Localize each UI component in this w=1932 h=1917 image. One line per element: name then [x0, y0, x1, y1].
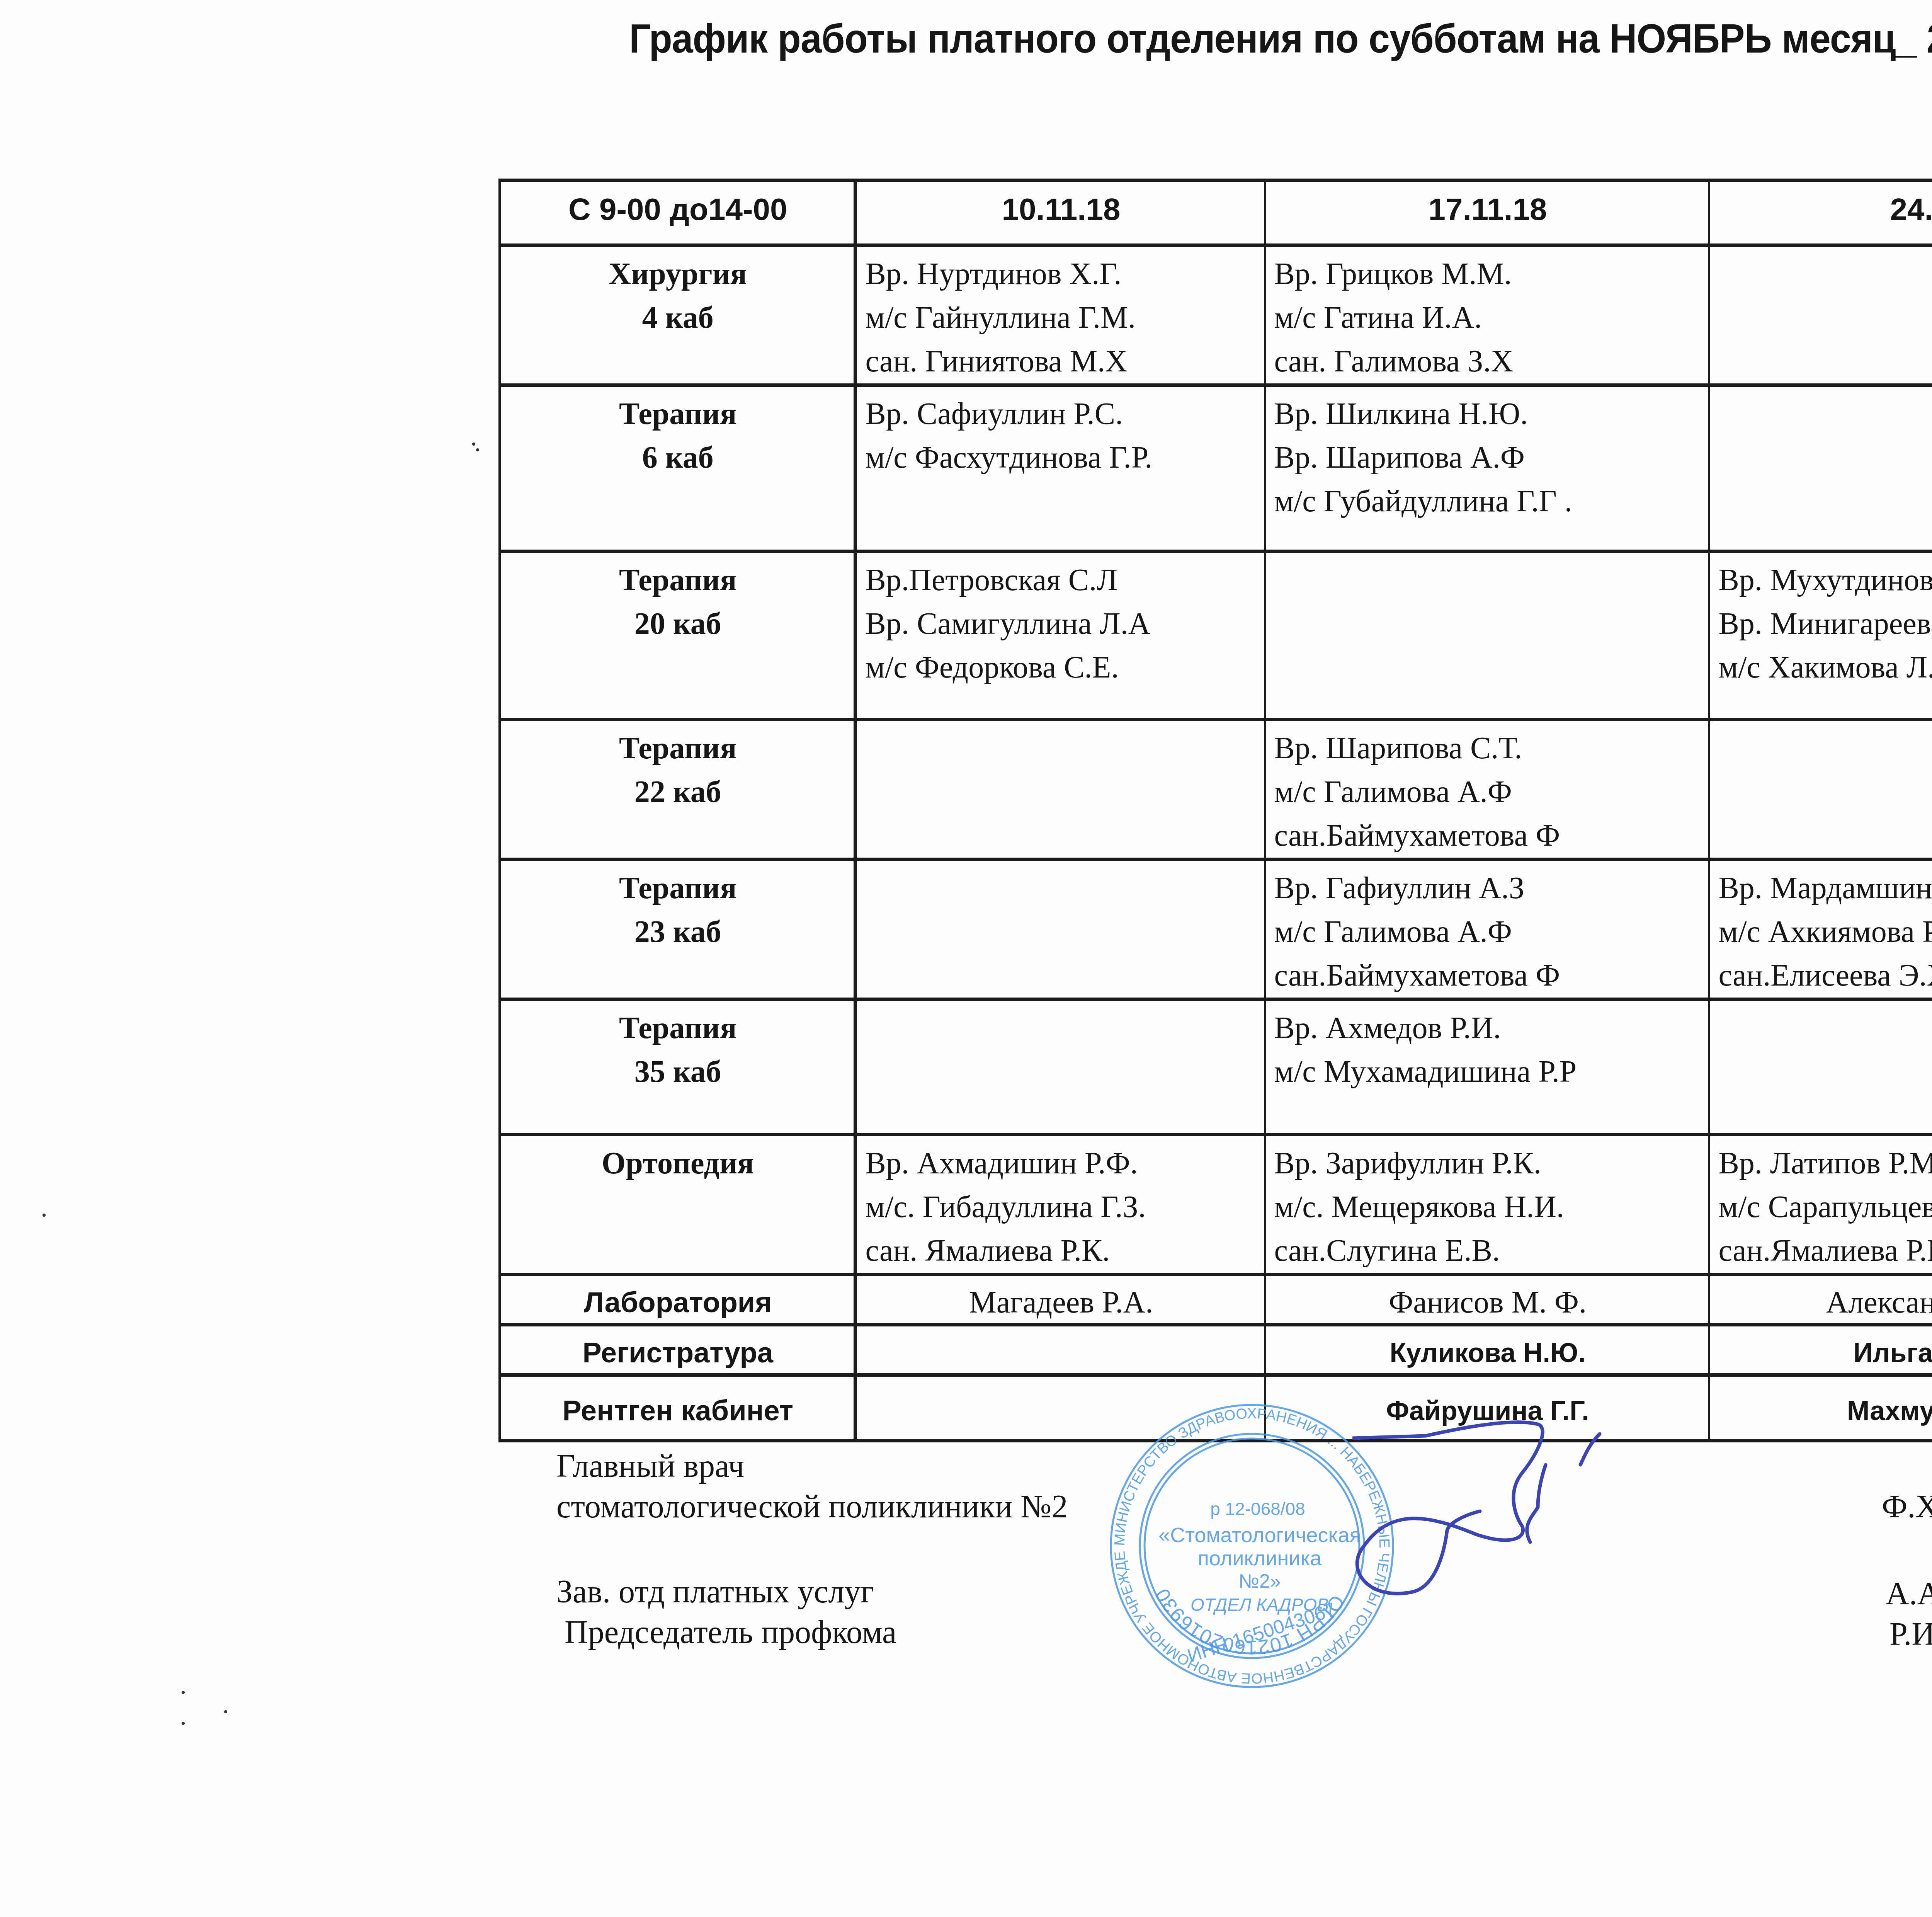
paid-head-title: Зав. отд платных услуг	[556, 1573, 874, 1611]
chief-name: Ф.Х. Султанов	[1882, 1488, 1932, 1525]
department-cell: Терапия23 каб	[500, 860, 855, 999]
staff-cell: Вр. Зарифуллин Р.К.м/с. Мещерякова Н.И.с…	[1265, 1135, 1709, 1275]
staff-entry: Вр. Нуртдинов Х.Г.	[866, 252, 1257, 296]
union-name: Р.И. Сабуров	[1889, 1616, 1932, 1653]
staff-cell: Александров С.Ю.	[1709, 1275, 1932, 1325]
staff-cell: Вр. Сафиуллин Р.С.м/с Фасхутдинова Г.Р.	[855, 385, 1265, 552]
stamp-center-2: поликлиника	[1198, 1547, 1322, 1570]
staff-entry: сан.Ямалиева Р.К..	[1719, 1229, 1932, 1273]
staff-entry: м/с Галимова А.Ф	[1274, 910, 1701, 954]
schedule-table: С 9-00 до14-0010.11.1817.11.1824.11.18Хи…	[498, 179, 1932, 1442]
staff-entry: Вр. Мухутдинова З.Р.	[1719, 558, 1932, 602]
staff-cell	[855, 720, 1265, 860]
staff-entry: м/с. Гибадуллина Г.З.	[866, 1185, 1257, 1229]
staff-entry: м/с Галимова А.Ф	[1274, 770, 1701, 814]
hours-header: С 9-00 до14-00	[500, 180, 855, 245]
schedule-row: ОртопедияВр. Ахмадишин Р.Ф.м/с. Гибадулл…	[500, 1135, 1932, 1275]
stamp-center-1: «Стоматологическая	[1158, 1524, 1361, 1547]
date-header: 10.11.18	[855, 180, 1265, 245]
staff-cell	[855, 860, 1265, 999]
scan-speck	[224, 1710, 227, 1713]
schedule-row: Хирургия4 кабВр. Нуртдинов Х.Г.м/с Гайну…	[500, 245, 1932, 385]
staff-entry: Вр. Минигареева Н.Ю.	[1719, 602, 1932, 646]
staff-entry: сан.Баймухаметова Ф	[1274, 954, 1701, 998]
staff-entry: м/с. Мещерякова Н.И.	[1274, 1185, 1701, 1229]
staff-entry: Вр. Грицков М.М.	[1274, 252, 1701, 296]
department-label: Терапия	[509, 867, 847, 910]
staff-entry: м/с Гатина И.А.	[1274, 296, 1701, 340]
department-cell: Терапия20 каб	[500, 552, 855, 720]
stamp-center-3: №2»	[1238, 1570, 1281, 1592]
staff-cell: Вр. Шилкина Н.Ю.Вр. Шарипова А.Фм/с Губа…	[1265, 385, 1709, 552]
schedule-row: Терапия20 кабВр.Петровская С.ЛВр. Самигу…	[500, 552, 1932, 720]
department-label: Ортопедия	[509, 1142, 847, 1185]
department-label: Терапия	[509, 558, 847, 602]
staff-entry: м/с Фасхутдинова Г.Р.	[866, 436, 1257, 480]
staff-entry: Вр. Латипов Р.М.	[1719, 1142, 1932, 1185]
date-header: 24.11.18	[1709, 180, 1932, 245]
schedule-row: Терапия6 кабВр. Сафиуллин Р.С.м/с Фасхут…	[500, 385, 1932, 552]
scan-speck	[182, 1691, 185, 1694]
schedule-row: Терапия23 кабВр. Гафиуллин А.Зм/с Галимо…	[500, 860, 1932, 999]
staff-cell	[1709, 720, 1932, 860]
staff-entry: Вр. Шарипова А.Ф	[1274, 436, 1701, 480]
staff-entry: сан. Гиниятова М.Х	[866, 340, 1257, 383]
department-cell: Терапия6 каб	[500, 385, 855, 552]
staff-entry: Вр. Сафиуллин Р.С.	[866, 392, 1257, 436]
schedule-row: Терапия35 кабВр. Ахмедов Р.И.м/с Мухамад…	[500, 999, 1932, 1135]
staff-entry: м/с Губайдуллина Г.Г .	[1274, 480, 1701, 523]
department-label: 6 каб	[509, 436, 847, 480]
document-title: График работы платного отделения по субб…	[95, 15, 1932, 62]
department-cell: Регистратура	[500, 1325, 855, 1375]
staff-entry: Вр.Петровская С.Л	[866, 558, 1257, 602]
staff-entry: сан. Галимова З.Х	[1274, 340, 1701, 383]
staff-cell: Вр. Грицков М.М.м/с Гатина И.А.сан. Гали…	[1265, 245, 1709, 385]
signature-scribble	[1352, 1391, 1700, 1604]
department-label: Терапия	[509, 392, 847, 436]
staff-cell	[1709, 999, 1932, 1135]
staff-cell: Вр. Ахмадишин Р.Ф.м/с. Гибадуллина Г.З.с…	[855, 1135, 1265, 1275]
department-cell: Лаборатория	[500, 1275, 855, 1325]
staff-cell	[1709, 245, 1932, 385]
staff-entry: м/с Сарапульцева В.И	[1719, 1185, 1932, 1229]
department-label: 22 каб	[509, 770, 847, 814]
department-cell: Рентген кабинет	[500, 1375, 855, 1441]
scan-speck	[472, 443, 475, 446]
staff-entry: м/с Федоркова С.Е.	[866, 646, 1257, 690]
staff-cell	[1709, 385, 1932, 552]
scan-speck	[476, 448, 479, 451]
staff-entry: Вр. Мардамшина З.Г.	[1719, 867, 1932, 910]
staff-cell: Вр. Латипов Р.М.м/с Сарапульцева В.Исан.…	[1709, 1135, 1932, 1275]
staff-entry: м/с Хакимова Л.В	[1719, 646, 1932, 690]
date-header: 17.11.18	[1265, 180, 1709, 245]
staff-entry: м/с Гайнуллина Г.М.	[866, 296, 1257, 340]
paid-head-name: А.А. Нурхамметов	[1886, 1575, 1932, 1612]
staff-cell: Вр.Петровская С.ЛВр. Самигуллина Л.Ам/с …	[855, 552, 1265, 720]
stamp-reg: р 12-068/08	[1210, 1499, 1305, 1519]
staff-cell: Магадеев Р.А.	[855, 1275, 1265, 1325]
staff-entry: сан.Елисеева Э.Х.	[1719, 954, 1932, 998]
staff-cell: Махмутова Н.Р.	[1709, 1375, 1932, 1441]
department-label: Терапия	[509, 1006, 847, 1050]
staff-cell	[855, 999, 1265, 1135]
staff-cell: Вр. Мардамшина З.Г.м/с Ахкиямова Р.М.сан…	[1709, 860, 1932, 999]
staff-cell: Вр. Нуртдинов Х.Г.м/с Гайнуллина Г.М.сан…	[855, 245, 1265, 385]
staff-cell: Вр. Ахмедов Р.И.м/с Мухамадишина Р.Р	[1265, 999, 1709, 1135]
staff-entry: Вр. Шарипова С.Т.	[1274, 727, 1701, 770]
department-cell: Терапия22 каб	[500, 720, 855, 860]
staff-cell	[855, 1325, 1265, 1375]
staff-cell: Вр. Шарипова С.Т.м/с Галимова А.Фсан.Бай…	[1265, 720, 1709, 860]
staff-cell: Фанисов М. Ф.	[1265, 1275, 1709, 1325]
staff-cell: Вр. Гафиуллин А.Зм/с Галимова А.Фсан.Бай…	[1265, 860, 1709, 999]
header-row: С 9-00 до14-0010.11.1817.11.1824.11.18	[500, 180, 1932, 245]
department-cell: Хирургия4 каб	[500, 245, 855, 385]
chief-title-line-1: Главный врач	[556, 1447, 744, 1485]
department-label: 20 каб	[509, 602, 847, 646]
union-title: Председатель профкома	[556, 1614, 896, 1651]
schedule-row-short: РегистратураКуликова Н.Ю.Ильгамова Г.Р	[500, 1325, 1932, 1375]
staff-entry: Вр. Ахмадишин Р.Ф.	[866, 1142, 1257, 1185]
department-label: 35 каб	[509, 1050, 847, 1094]
staff-entry: Вр. Шилкина Н.Ю.	[1274, 392, 1701, 436]
staff-cell: Вр. Мухутдинова З.Р.Вр. Минигареева Н.Ю.…	[1709, 552, 1932, 720]
staff-entry: Вр. Гафиуллин А.З	[1274, 867, 1701, 910]
schedule-row-short: ЛабораторияМагадеев Р.А.Фанисов М. Ф.Але…	[500, 1275, 1932, 1325]
department-cell: Терапия35 каб	[500, 999, 855, 1135]
scan-speck	[182, 1722, 185, 1725]
staff-entry: Вр. Самигуллина Л.А	[866, 602, 1257, 646]
staff-cell: Ильгамова Г.Р	[1709, 1325, 1932, 1375]
staff-cell	[1265, 552, 1709, 720]
staff-entry: Вр. Зарифуллин Р.К.	[1274, 1142, 1701, 1185]
department-cell: Ортопедия	[500, 1135, 855, 1275]
staff-entry: м/с Мухамадишина Р.Р	[1274, 1050, 1701, 1094]
staff-entry: сан. Ямалиева Р.К.	[866, 1229, 1257, 1273]
staff-entry: м/с Ахкиямова Р.М.	[1719, 910, 1932, 954]
staff-entry: Вр. Ахмедов Р.И.	[1274, 1006, 1701, 1050]
chief-title-line-2: стоматологической поликлиники №2	[556, 1488, 1068, 1525]
staff-cell: Куликова Н.Ю.	[1265, 1325, 1709, 1375]
department-label: 23 каб	[509, 910, 847, 954]
staff-entry: сан.Баймухаметова Ф	[1274, 814, 1701, 858]
department-label: 4 каб	[509, 296, 847, 340]
scan-speck	[43, 1214, 46, 1217]
schedule-row: Терапия22 кабВр. Шарипова С.Т.м/с Галимо…	[500, 720, 1932, 860]
department-label: Терапия	[509, 727, 847, 770]
staff-entry: сан.Слугина Е.В.	[1274, 1229, 1701, 1273]
department-label: Хирургия	[509, 252, 847, 296]
